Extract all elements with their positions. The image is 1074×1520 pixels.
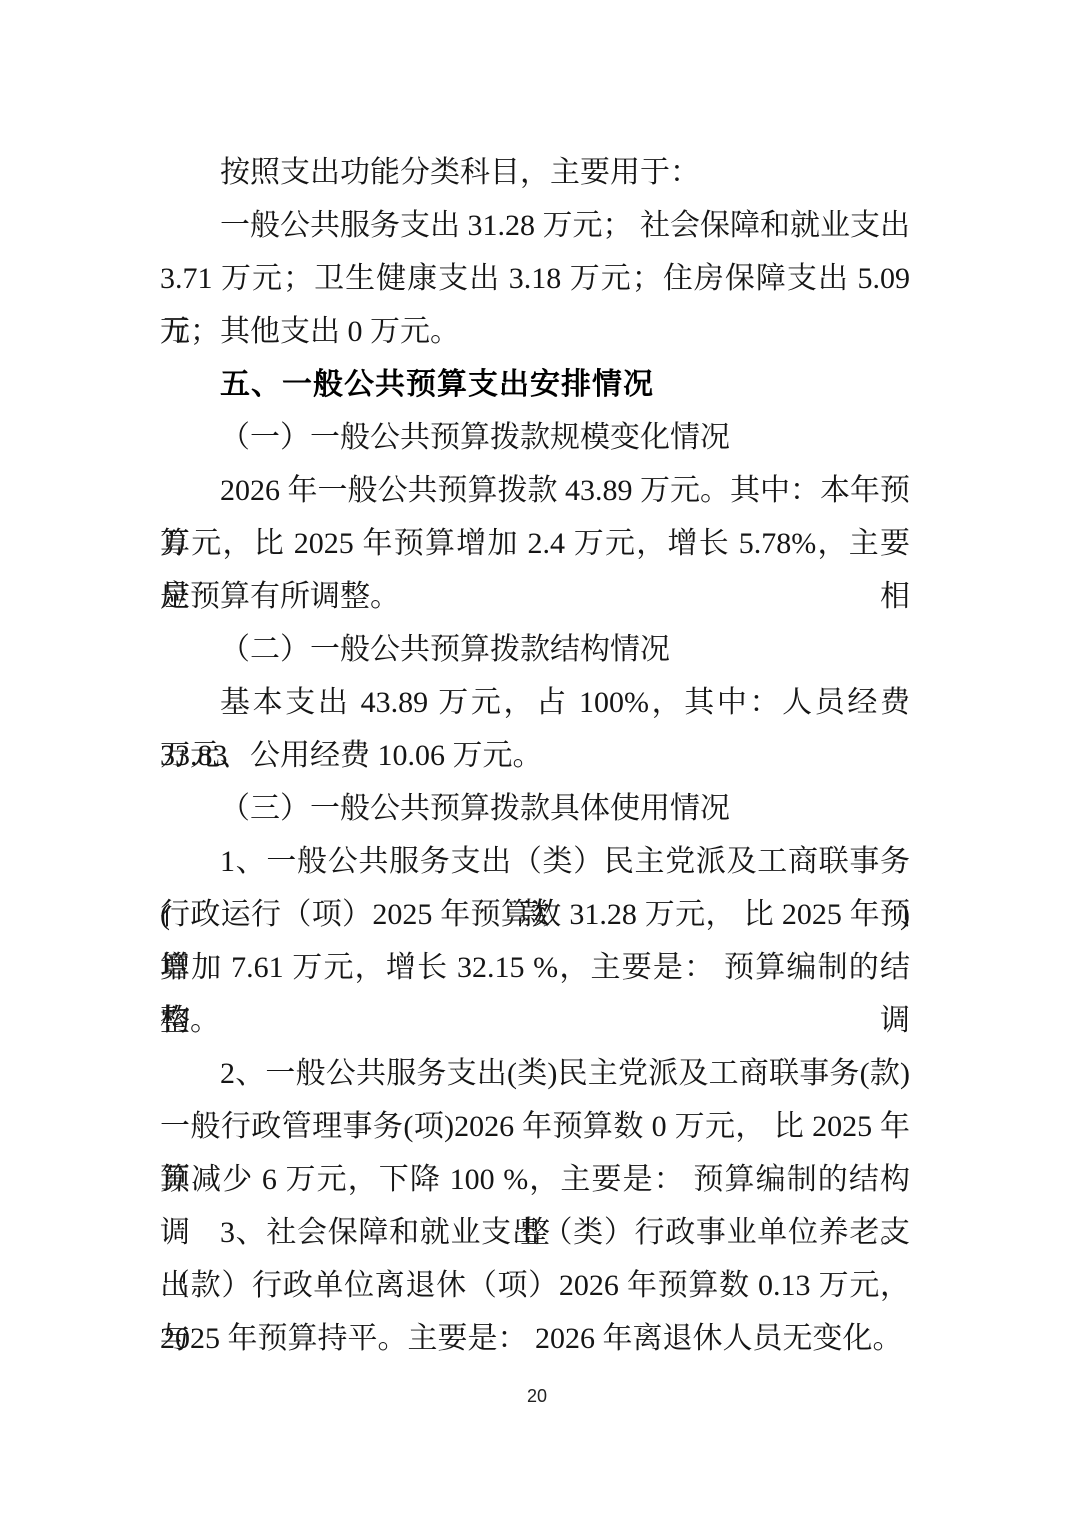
subsection-heading: （三）一般公共预算拨款具体使用情况 (160, 782, 910, 835)
text-line: 元；其他支出 0 万元。 (160, 305, 910, 358)
subsection-heading: （二）一般公共预算拨款结构情况 (160, 623, 910, 676)
document-body: 按照支出功能分类科目，主要用于： 一般公共服务支出 31.28 万元； 社会保障… (160, 146, 910, 1365)
text-line: 3、社会保障和就业支出（类）行政事业单位养老支出 (160, 1206, 910, 1259)
text-line: 一般行政管理事务(项)2026 年预算数 0 万元， 比 2025 年预 (160, 1100, 910, 1153)
document-page: 按照支出功能分类科目，主要用于： 一般公共服务支出 31.28 万元； 社会保障… (0, 0, 1074, 1520)
text-line: 增加 7.61 万元，增长 32.15 %，主要是： 预算编制的结构调 (160, 941, 910, 994)
page-number: 20 (0, 1384, 1074, 1408)
text-line: 算减少 6 万元，下降 100 %，主要是： 预算编制的结构调整。 (160, 1153, 910, 1206)
text-line: 行政运行（项）2025 年预算数 31.28 万元， 比 2025 年预算 (160, 888, 910, 941)
text-line: 万元，比 2025 年预算增加 2.4 万元，增长 5.78%，主要是相 (160, 517, 910, 570)
text-line: 2025 年预算持平。主要是： 2026 年离退休人员无变化。 (160, 1312, 910, 1365)
section-heading: 五、一般公共预算支出安排情况 (160, 358, 910, 411)
text-line: 按照支出功能分类科目，主要用于： (160, 146, 910, 199)
text-line: 2、一般公共服务支出(类)民主党派及工商联事务(款) (160, 1047, 910, 1100)
text-line: 2026 年一般公共预算拨款 43.89 万元。其中：本年预算 (160, 464, 910, 517)
subsection-heading: （一）一般公共预算拨款规模变化情况 (160, 411, 910, 464)
text-line: 1、一般公共服务支出（类）民主党派及工商联事务(款) (160, 835, 910, 888)
text-line: 基本支出 43.89 万元，占 100%，其中：人员经费 33.83 (160, 676, 910, 729)
text-line: （款）行政单位离退休（项）2026 年预算数 0.13 万元，与 (160, 1259, 910, 1312)
text-line: 一般公共服务支出 31.28 万元； 社会保障和就业支出 (160, 199, 910, 252)
text-line: 万元、公用经费 10.06 万元。 (160, 729, 910, 782)
text-line: 3.71 万元；卫生健康支出 3.18 万元；住房保障支出 5.09 万 (160, 252, 910, 305)
